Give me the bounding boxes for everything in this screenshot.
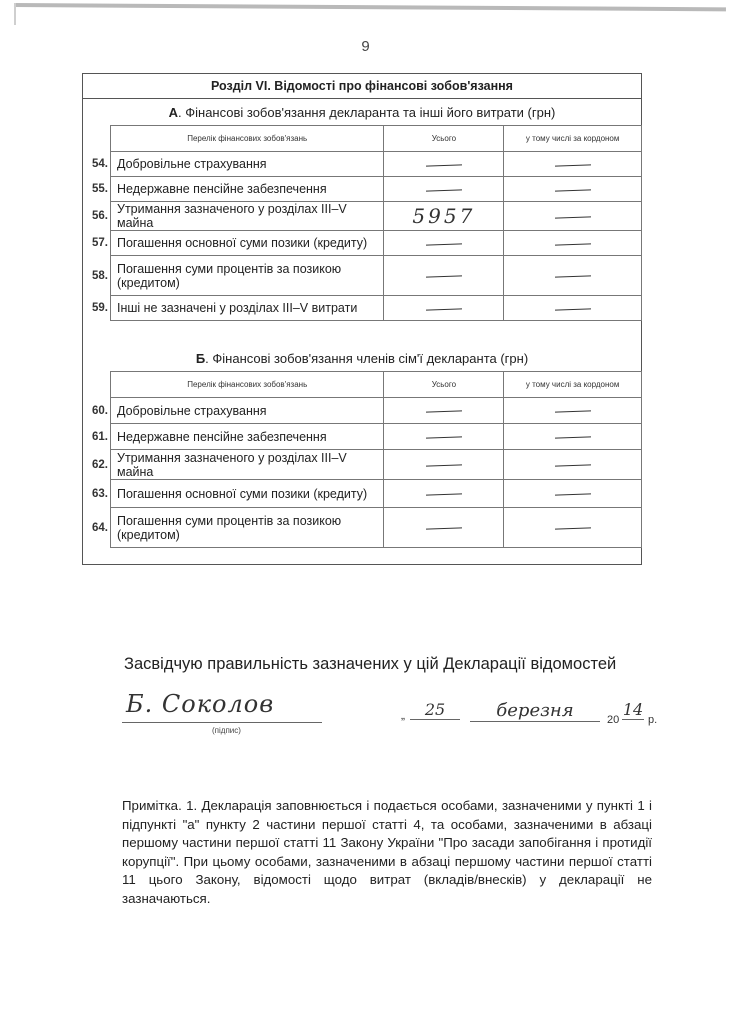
row-label-text: Недержавне пенсійне забезпечення bbox=[117, 430, 327, 444]
table-row: 57.Погашення основної суми позики (креди… bbox=[111, 231, 642, 256]
dash-mark bbox=[426, 527, 462, 529]
abroad-field[interactable] bbox=[504, 202, 642, 231]
dash-mark bbox=[426, 275, 462, 277]
dash-mark bbox=[555, 493, 591, 495]
row-label-text: Погашення суми процентів за позикою (кре… bbox=[117, 262, 341, 290]
total-field[interactable] bbox=[384, 508, 504, 548]
row-label-text: Утримання зазначеного у розділах III–V м… bbox=[117, 202, 347, 230]
abroad-field[interactable] bbox=[504, 450, 642, 480]
column-header-total: Усього bbox=[384, 126, 504, 152]
table-row: 62.Утримання зазначеного у розділах III–… bbox=[111, 450, 642, 480]
total-field[interactable] bbox=[384, 256, 504, 296]
column-header-abroad: у тому числі за кордоном bbox=[504, 126, 642, 152]
row-number: 55. bbox=[86, 182, 108, 196]
table-header-row: Перелік фінансових зобов'язань Усього у … bbox=[111, 126, 642, 152]
row-number: 64. bbox=[86, 521, 108, 535]
dash-mark bbox=[555, 216, 591, 218]
table-row: 58.Погашення суми процентів за позикою (… bbox=[111, 256, 642, 296]
row-label: 64.Погашення суми процентів за позикою (… bbox=[111, 508, 384, 548]
part-a-table: Перелік фінансових зобов'язань Усього у … bbox=[110, 125, 642, 321]
total-field[interactable] bbox=[384, 398, 504, 424]
dash-mark bbox=[426, 189, 462, 191]
part-a-letter: А bbox=[169, 105, 178, 120]
column-header-abroad: у тому числі за кордоном bbox=[504, 372, 642, 398]
signature-caption: (підпис) bbox=[212, 726, 241, 735]
dash-mark bbox=[426, 464, 462, 466]
year-prefix: 20 bbox=[607, 714, 619, 726]
total-field[interactable] bbox=[384, 424, 504, 450]
dash-mark bbox=[555, 275, 591, 277]
column-header-total: Усього bbox=[384, 372, 504, 398]
row-label-text: Недержавне пенсійне забезпечення bbox=[117, 182, 327, 196]
part-a-title: А. Фінансові зобов'язання декларанта та … bbox=[83, 105, 641, 120]
row-label: 63.Погашення основної суми позики (креди… bbox=[111, 480, 384, 508]
total-field[interactable]: 5957 bbox=[384, 202, 504, 231]
total-field[interactable] bbox=[384, 296, 504, 321]
date-open-quote: „ bbox=[401, 708, 405, 722]
date-day-field[interactable]: 25 bbox=[410, 700, 460, 720]
table-row: 55.Недержавне пенсійне забезпечення bbox=[111, 177, 642, 202]
handwritten-value: 5957 bbox=[412, 204, 475, 228]
dash-mark bbox=[555, 243, 591, 245]
row-label-text: Погашення основної суми позики (кредиту) bbox=[117, 236, 367, 250]
row-number: 59. bbox=[86, 301, 108, 315]
row-number: 58. bbox=[86, 269, 108, 283]
dash-mark bbox=[555, 164, 591, 166]
row-label-text: Погашення основної суми позики (кредиту) bbox=[117, 487, 367, 501]
column-header-list: Перелік фінансових зобов'язань bbox=[111, 126, 384, 152]
row-label-text: Утримання зазначеного у розділах III–V м… bbox=[117, 451, 347, 479]
dash-mark bbox=[555, 410, 591, 412]
total-field[interactable] bbox=[384, 177, 504, 202]
row-number: 57. bbox=[86, 236, 108, 250]
table-row: 54.Добровільне страхування bbox=[111, 152, 642, 177]
date-month-field[interactable]: березня bbox=[470, 700, 600, 722]
total-field[interactable] bbox=[384, 231, 504, 256]
total-field[interactable] bbox=[384, 480, 504, 508]
row-label: 57.Погашення основної суми позики (креди… bbox=[111, 231, 384, 256]
dash-mark bbox=[426, 436, 462, 438]
section-vi-box: Розділ VI. Відомості про фінансові зобов… bbox=[82, 73, 642, 565]
abroad-field[interactable] bbox=[504, 296, 642, 321]
table-row: 60.Добровільне страхування bbox=[111, 398, 642, 424]
row-number: 54. bbox=[86, 157, 108, 171]
table-row: 64.Погашення суми процентів за позикою (… bbox=[111, 508, 642, 548]
table-row: 59.Інші не зазначені у розділах III–V ви… bbox=[111, 296, 642, 321]
row-label-text: Погашення суми процентів за позикою (кре… bbox=[117, 514, 341, 542]
dash-mark bbox=[555, 436, 591, 438]
dash-mark bbox=[426, 410, 462, 412]
total-field[interactable] bbox=[384, 450, 504, 480]
dash-mark bbox=[426, 243, 462, 245]
date-year-field[interactable]: 14 bbox=[622, 700, 644, 720]
row-label: 62.Утримання зазначеного у розділах III–… bbox=[111, 450, 384, 480]
row-label-text: Добровільне страхування bbox=[117, 157, 267, 171]
row-label-text: Добровільне страхування bbox=[117, 404, 267, 418]
row-label: 58.Погашення суми процентів за позикою (… bbox=[111, 256, 384, 296]
scan-edge bbox=[14, 3, 726, 21]
abroad-field[interactable] bbox=[504, 177, 642, 202]
row-label: 55.Недержавне пенсійне забезпечення bbox=[111, 177, 384, 202]
abroad-field[interactable] bbox=[504, 152, 642, 177]
part-b-title-text: . Фінансові зобов'язання членів сім'ї де… bbox=[205, 351, 528, 366]
part-a-title-text: . Фінансові зобов'язання декларанта та і… bbox=[178, 105, 555, 120]
table-row: 56.Утримання зазначеного у розділах III–… bbox=[111, 202, 642, 231]
column-header-list: Перелік фінансових зобов'язань bbox=[111, 372, 384, 398]
row-label-text: Інші не зазначені у розділах III–V витра… bbox=[117, 301, 357, 315]
row-label: 59.Інші не зазначені у розділах III–V ви… bbox=[111, 296, 384, 321]
row-label: 61.Недержавне пенсійне забезпечення bbox=[111, 424, 384, 450]
page-number: 9 bbox=[0, 38, 731, 55]
row-label: 56.Утримання зазначеного у розділах III–… bbox=[111, 202, 384, 231]
row-number: 61. bbox=[86, 430, 108, 444]
dash-mark bbox=[426, 164, 462, 166]
signature-line bbox=[122, 722, 322, 723]
row-number: 60. bbox=[86, 404, 108, 418]
dash-mark bbox=[426, 493, 462, 495]
table-row: 63.Погашення основної суми позики (креди… bbox=[111, 480, 642, 508]
total-field[interactable] bbox=[384, 152, 504, 177]
abroad-field[interactable] bbox=[504, 398, 642, 424]
dash-mark bbox=[555, 308, 591, 310]
certification-statement: Засвідчую правильність зазначених у цій … bbox=[124, 655, 616, 674]
dash-mark bbox=[426, 308, 462, 310]
abroad-field[interactable] bbox=[504, 480, 642, 508]
table-header-row: Перелік фінансових зобов'язань Усього у … bbox=[111, 372, 642, 398]
abroad-field[interactable] bbox=[504, 231, 642, 256]
part-b-title: Б. Фінансові зобов'язання членів сім'ї д… bbox=[83, 351, 641, 366]
table-row: 61.Недержавне пенсійне забезпечення bbox=[111, 424, 642, 450]
scan-edge-left bbox=[14, 3, 16, 25]
row-number: 63. bbox=[86, 487, 108, 501]
dash-mark bbox=[555, 527, 591, 529]
part-b-table: Перелік фінансових зобов'язань Усього у … bbox=[110, 371, 642, 548]
dash-mark bbox=[555, 464, 591, 466]
part-b-letter: Б bbox=[196, 351, 205, 366]
abroad-field[interactable] bbox=[504, 256, 642, 296]
row-label: 54.Добровільне страхування bbox=[111, 152, 384, 177]
footnote: Примітка. 1. Декларація заповнюється і п… bbox=[122, 797, 652, 908]
section-title: Розділ VI. Відомості про фінансові зобов… bbox=[83, 74, 641, 99]
row-number: 56. bbox=[86, 209, 108, 223]
dash-mark bbox=[555, 189, 591, 191]
year-unit: р. bbox=[648, 714, 657, 726]
row-number: 62. bbox=[86, 458, 108, 472]
abroad-field[interactable] bbox=[504, 508, 642, 548]
abroad-field[interactable] bbox=[504, 424, 642, 450]
signature: Б. Соколов bbox=[126, 690, 274, 718]
row-label: 60.Добровільне страхування bbox=[111, 398, 384, 424]
